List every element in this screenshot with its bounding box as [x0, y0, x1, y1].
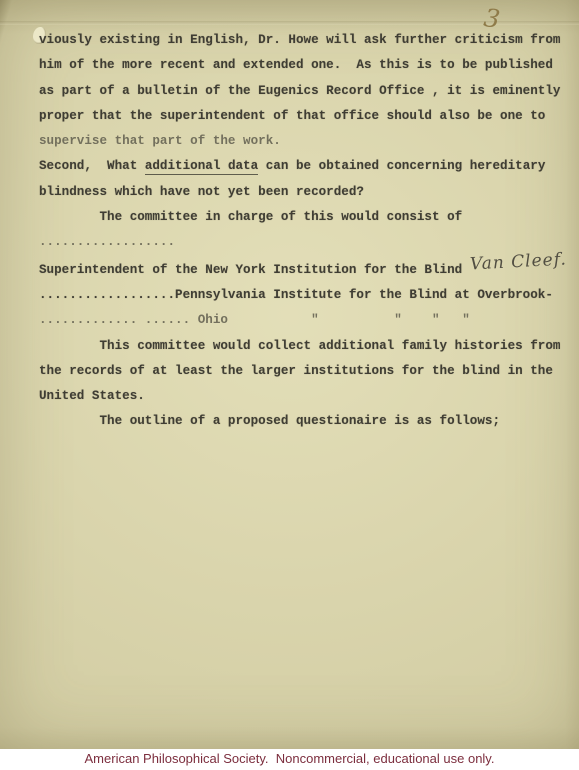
document-page: 3 viously existing in English, Dr. Howe …	[0, 0, 579, 749]
underlined-phrase: additional data	[145, 159, 258, 175]
typewritten-text: viously existing in English, Dr. Howe wi…	[39, 28, 569, 435]
text-segment: This committee would collect additional …	[39, 339, 560, 353]
text-segment: the records of at least the larger insti…	[39, 364, 553, 378]
text-line: United States.	[39, 384, 569, 409]
text-segment: proper that the superintendent of that o…	[39, 109, 545, 123]
text-segment: Superintendent of the New York Instituti…	[39, 263, 470, 277]
text-line: Superintendent of the New York Instituti…	[39, 256, 569, 283]
text-segment: ..................	[39, 235, 175, 249]
text-segment: ..................Pennsylvania Institute…	[39, 288, 553, 302]
text-segment: him of the more recent and extended one.…	[39, 58, 553, 72]
text-segment: The outline of a proposed questionaire i…	[39, 414, 500, 428]
text-line: The outline of a proposed questionaire i…	[39, 409, 569, 434]
footer-caption: American Philosophical Society. Noncomme…	[85, 749, 495, 769]
text-line: viously existing in English, Dr. Howe wi…	[39, 28, 569, 53]
text-line: ............. ...... Ohio " " " "	[39, 308, 569, 333]
text-segment: can be obtained concerning hereditary	[258, 159, 545, 173]
text-segment: blindness which have not yet been record…	[39, 185, 364, 199]
text-segment: ............. ...... Ohio " " " "	[39, 313, 470, 327]
text-segment: The committee in charge of this would co…	[39, 210, 462, 224]
text-line: as part of a bulletin of the Eugenics Re…	[39, 79, 569, 104]
text-line: The committee in charge of this would co…	[39, 205, 569, 230]
text-line: supervise that part of the work.	[39, 129, 569, 154]
text-line: him of the more recent and extended one.…	[39, 53, 569, 78]
footer-caption-bar: American Philosophical Society. Noncomme…	[0, 749, 579, 770]
text-segment: viously existing in English, Dr. Howe wi…	[39, 33, 560, 47]
text-segment: as part of a bulletin of the Eugenics Re…	[39, 84, 560, 98]
text-line: This committee would collect additional …	[39, 334, 569, 359]
text-line: blindness which have not yet been record…	[39, 180, 569, 205]
text-line: Second, What additional data can be obta…	[39, 154, 569, 179]
text-line: the records of at least the larger insti…	[39, 359, 569, 384]
text-segment: Second, What	[39, 159, 145, 173]
scanned-document: 3 viously existing in English, Dr. Howe …	[0, 0, 579, 770]
handwritten-annotation: Van Cleef.	[469, 247, 567, 277]
text-line: ..................Pennsylvania Institute…	[39, 283, 569, 308]
text-segment: United States.	[39, 389, 145, 403]
text-segment: supervise that part of the work.	[39, 134, 281, 148]
text-line: proper that the superintendent of that o…	[39, 104, 569, 129]
